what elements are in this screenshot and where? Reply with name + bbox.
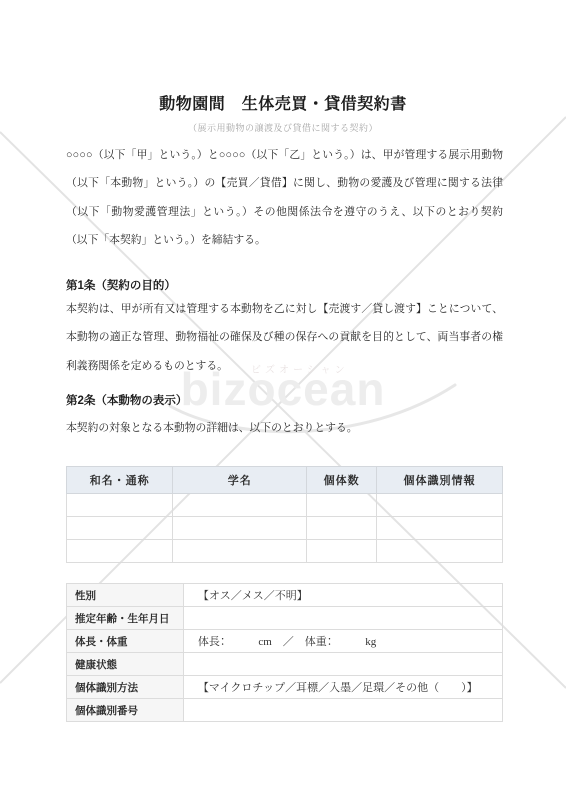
empty-cell	[67, 540, 173, 563]
spec-row-health: 健康状態	[67, 653, 503, 676]
empty-cell	[173, 517, 307, 540]
header-japanese-name: 和名・通称	[67, 467, 173, 494]
spec-row-sex: 性別 【オス／メス／不明】	[67, 584, 503, 607]
spec-value: 体長： cm ／ 体重： kg	[183, 630, 502, 653]
spec-value	[183, 607, 502, 630]
animal-table-empty-row	[67, 540, 503, 563]
header-individual-count: 個体数	[307, 467, 377, 494]
document-page: ビズオーシャン bizocean 動物園間 生体売買・貸借契約書 （展示用動物の…	[0, 0, 566, 800]
header-scientific-name: 学名	[173, 467, 307, 494]
article-2-heading: 第2条（本動物の表示）	[66, 392, 187, 408]
animal-spec-table: 性別 【オス／メス／不明】 推定年齢・生年月日 体長・体重 体長： cm ／ 体…	[66, 583, 503, 722]
empty-cell	[173, 494, 307, 517]
preamble-paragraph: ○○○○（以下「甲」という。）と○○○○（以下「乙」という。）は、甲が管理する展…	[66, 141, 503, 254]
empty-cell	[376, 517, 502, 540]
empty-cell	[376, 494, 502, 517]
animal-table-empty-row	[67, 494, 503, 517]
article-1-heading: 第1条（契約の目的）	[66, 277, 176, 293]
spec-label: 個体識別番号	[67, 699, 184, 722]
animal-table-header-row: 和名・通称 学名 個体数 個体識別情報	[67, 467, 503, 494]
spec-value: 【オス／メス／不明】	[183, 584, 502, 607]
spec-row-id-number: 個体識別番号	[67, 699, 503, 722]
spec-value	[183, 699, 502, 722]
empty-cell	[376, 540, 502, 563]
empty-cell	[173, 540, 307, 563]
document-title: 動物園間 生体売買・貸借契約書	[0, 91, 566, 114]
article-2-body: 本契約の対象となる本動物の詳細は、以下のとおりとする。	[66, 414, 503, 442]
document-content: 動物園間 生体売買・貸借契約書 （展示用動物の譲渡及び貸借に関する契約） ○○○…	[0, 0, 566, 800]
spec-row-age: 推定年齢・生年月日	[67, 607, 503, 630]
spec-value	[183, 653, 502, 676]
empty-cell	[67, 517, 173, 540]
spec-row-size-weight: 体長・体重 体長： cm ／ 体重： kg	[67, 630, 503, 653]
spec-label: 個体識別方法	[67, 676, 184, 699]
document-subtitle: （展示用動物の譲渡及び貸借に関する契約）	[0, 121, 566, 134]
empty-cell	[307, 494, 377, 517]
spec-row-id-method: 個体識別方法 【マイクロチップ／耳標／入墨／足環／その他（ ）】	[67, 676, 503, 699]
header-id-info: 個体識別情報	[376, 467, 502, 494]
animal-table-empty-row	[67, 517, 503, 540]
spec-label: 性別	[67, 584, 184, 607]
animal-info-table: 和名・通称 学名 個体数 個体識別情報	[66, 466, 503, 563]
empty-cell	[67, 494, 173, 517]
article-1-body: 本契約は、甲が所有又は管理する本動物を乙に対し【売渡す／貸し渡す】ことについて、…	[66, 295, 503, 380]
empty-cell	[307, 540, 377, 563]
spec-label: 健康状態	[67, 653, 184, 676]
spec-label: 推定年齢・生年月日	[67, 607, 184, 630]
spec-value: 【マイクロチップ／耳標／入墨／足環／その他（ ）】	[183, 676, 502, 699]
empty-cell	[307, 517, 377, 540]
spec-label: 体長・体重	[67, 630, 184, 653]
